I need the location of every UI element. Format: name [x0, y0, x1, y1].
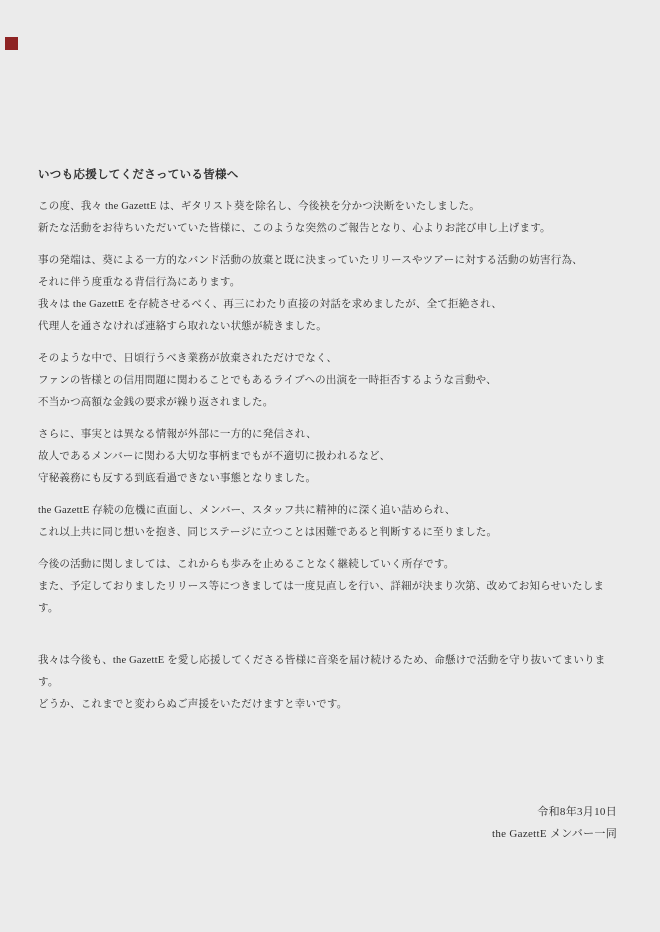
statement-page: いつも応援してくださっている皆様へ この度、我々 the GazettE は、ギ…: [0, 0, 660, 932]
text-line: これ以上共に同じ想いを抱き、同じステージに立つことは困難であると判断するに至りま…: [38, 522, 617, 544]
text-line: 守秘義務にも反する到底看過できない事態となりました。: [38, 468, 617, 490]
text-line: また、予定しておりましたリリース等につきましては一度見直しを行い、詳細が決まり次…: [38, 576, 617, 620]
text-line: 代理人を通さなければ連絡すら取れない状態が続きました。: [38, 316, 617, 338]
statement-body: いつも応援してくださっている皆様へ この度、我々 the GazettE は、ギ…: [0, 0, 660, 845]
paragraph-decision: the GazettE 存続の危機に直面し、メンバー、スタッフ共に精神的に深く追…: [38, 500, 617, 544]
text-line: どうか、これまでと変わらぬご声援をいただけますと幸いです。: [38, 694, 617, 716]
text-line: 事の発端は、葵による一方的なバンド活動の放棄と既に決まっていたリリースやツアーに…: [38, 250, 617, 272]
text-line: 不当かつ高額な金銭の要求が繰り返されました。: [38, 392, 617, 414]
text-line: 我々は今後も、the GazettE を愛し応援してくださる皆様に音楽を届け続け…: [38, 650, 617, 694]
text-line: この度、我々 the GazettE は、ギタリスト葵を除名し、今後袂を分かつ決…: [38, 196, 617, 218]
text-line: 我々は the GazettE を存続させるべく、再三にわたり直接の対話を求めま…: [38, 294, 617, 316]
text-line: ファンの皆様との信用問題に関わることでもあるライブへの出演を一時拒否するような言…: [38, 370, 617, 392]
paragraph-pledge: 我々は今後も、the GazettE を愛し応援してくださる皆様に音楽を届け続け…: [38, 630, 617, 716]
paragraph-apology: この度、我々 the GazettE は、ギタリスト葵を除名し、今後袂を分かつ決…: [38, 196, 617, 240]
text-line: the GazettE 存続の危機に直面し、メンバー、スタッフ共に精神的に深く追…: [38, 500, 617, 522]
text-line: 今後の活動に関しましては、これからも歩みを止めることなく継続していく所存です。: [38, 554, 617, 576]
paragraph-future-activities: 今後の活動に関しましては、これからも歩みを止めることなく継続していく所存です。 …: [38, 554, 617, 620]
text-line: 新たな活動をお待ちいただいていた皆様に、このような突然のご報告となり、心よりお詫…: [38, 218, 617, 240]
paragraph-cause: 事の発端は、葵による一方的なバンド活動の放棄と既に決まっていたリリースやツアーに…: [38, 250, 617, 338]
text-line: そのような中で、日頃行うべき業務が放棄されただけでなく、: [38, 348, 617, 370]
closing-block: 令和8年3月10日 the GazettE メンバー一同: [38, 801, 617, 845]
text-line: さらに、事実とは異なる情報が外部に一方的に発信され、: [38, 424, 617, 446]
paragraph-leaks: さらに、事実とは異なる情報が外部に一方的に発信され、 故人であるメンバーに関わる…: [38, 424, 617, 490]
red-square-mark: [5, 37, 18, 50]
page-title: いつも応援してくださっている皆様へ: [38, 164, 617, 186]
signature-line: the GazettE メンバー一同: [38, 823, 617, 845]
date-line: 令和8年3月10日: [38, 801, 617, 823]
text-line: それに伴う度重なる背信行為にあります。: [38, 272, 617, 294]
text-line: 故人であるメンバーに関わる大切な事柄までもが不適切に扱われるなど、: [38, 446, 617, 468]
paragraph-conduct: そのような中で、日頃行うべき業務が放棄されただけでなく、 ファンの皆様との信用問…: [38, 348, 617, 414]
